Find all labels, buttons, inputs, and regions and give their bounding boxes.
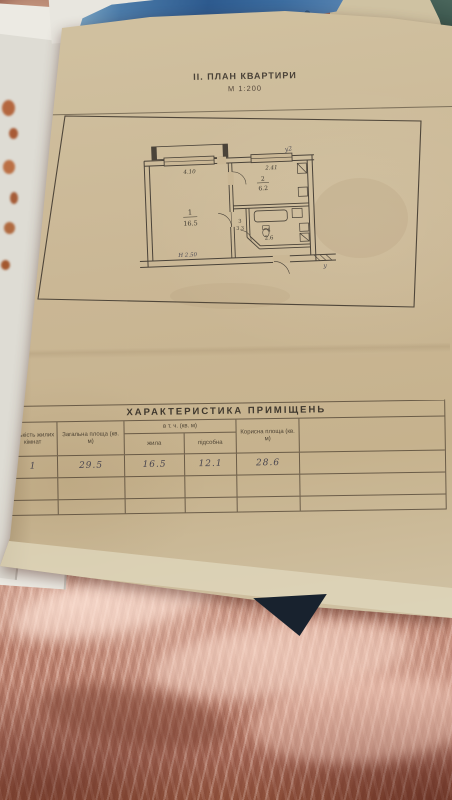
value-total-area: 29.5 [58, 455, 125, 477]
height-note: Н 2.50 [177, 252, 198, 259]
window-kitchen [251, 153, 292, 163]
room2-number: 2 [261, 176, 265, 183]
room-door-arc [218, 213, 232, 227]
room2-area: 6.2 [258, 185, 268, 192]
value-rooms: 1 [9, 456, 58, 478]
page-bottom-edge [0, 538, 452, 622]
paper-stain [312, 178, 408, 258]
dimension-kitchen-window: 2.41 [264, 165, 277, 172]
document-scale-label: М 1:200 [150, 82, 340, 94]
paper-crease [20, 326, 451, 373]
header-including-group: в т. ч. (кв. м) жила підсобна [124, 420, 236, 455]
characteristics-table: ХАРАКТЕРИСТИКА ПРИМІЩЕНЬ Кількість жилих… [7, 400, 447, 516]
value-notes [300, 451, 445, 474]
balcony-door-opening [217, 157, 226, 165]
value-useful-area: 28.6 [237, 453, 300, 475]
partitions [228, 160, 311, 258]
bathtub [254, 210, 287, 222]
document-section-title: ІІ. ПЛАН КВАРТИРИ [150, 69, 340, 82]
kitchen-door-opening [228, 172, 234, 185]
header-rooms: Кількість жилих кімнат [8, 422, 57, 456]
corner-handwritten-mark: у2 [283, 145, 293, 153]
floor-plan-drawing: 4.10 2.41 1 16.5 2 6.2 3 3.3 4 2.6 Н 2.5… [0, 100, 452, 320]
document-paper: ІІ. ПЛАН КВАРТИРИ М 1:200 [0, 0, 452, 800]
room3-number: 3 [238, 219, 241, 225]
room4-number: 4 [267, 227, 271, 233]
header-total-area: Загальна площа (кв. м) [57, 421, 124, 455]
document-wrapper: ІІ. ПЛАН КВАРТИРИ М 1:200 [0, 0, 452, 800]
balcony-end [222, 144, 227, 157]
table-body: Кількість жилих кімнат Загальна площа (к… [7, 416, 446, 516]
kitchen-door-arc [233, 171, 246, 184]
dimension-main-window: 4.10 [182, 169, 196, 176]
entrance-opening [273, 255, 290, 264]
header-auxiliary: підсобна [185, 433, 236, 454]
header-living: жила [125, 433, 185, 454]
value-living-area: 16.5 [125, 454, 185, 476]
header-useful-area: Корисна площа (кв. м) [236, 419, 299, 453]
paper-stain [170, 283, 290, 309]
photo-scene: ІІ. ПЛАН КВАРТИРИ М 1:200 [0, 0, 452, 800]
room3-area: 3.3 [236, 225, 244, 231]
room1-number: 1 [188, 208, 193, 216]
window-main-room [164, 156, 214, 166]
value-auxiliary-area: 12.1 [185, 454, 237, 476]
room1-area: 16.5 [183, 219, 198, 228]
outer-walls [136, 154, 336, 267]
entrance-handwritten-mark: у [322, 262, 327, 269]
apartment-plan: 4.10 2.41 1 16.5 2 6.2 3 3.3 4 2.6 Н 2.5… [136, 140, 337, 279]
room4-area: 2.6 [265, 235, 274, 241]
sink [292, 208, 302, 217]
balcony-end [152, 147, 157, 160]
header-notes [299, 417, 444, 452]
room1-underline [183, 217, 197, 218]
